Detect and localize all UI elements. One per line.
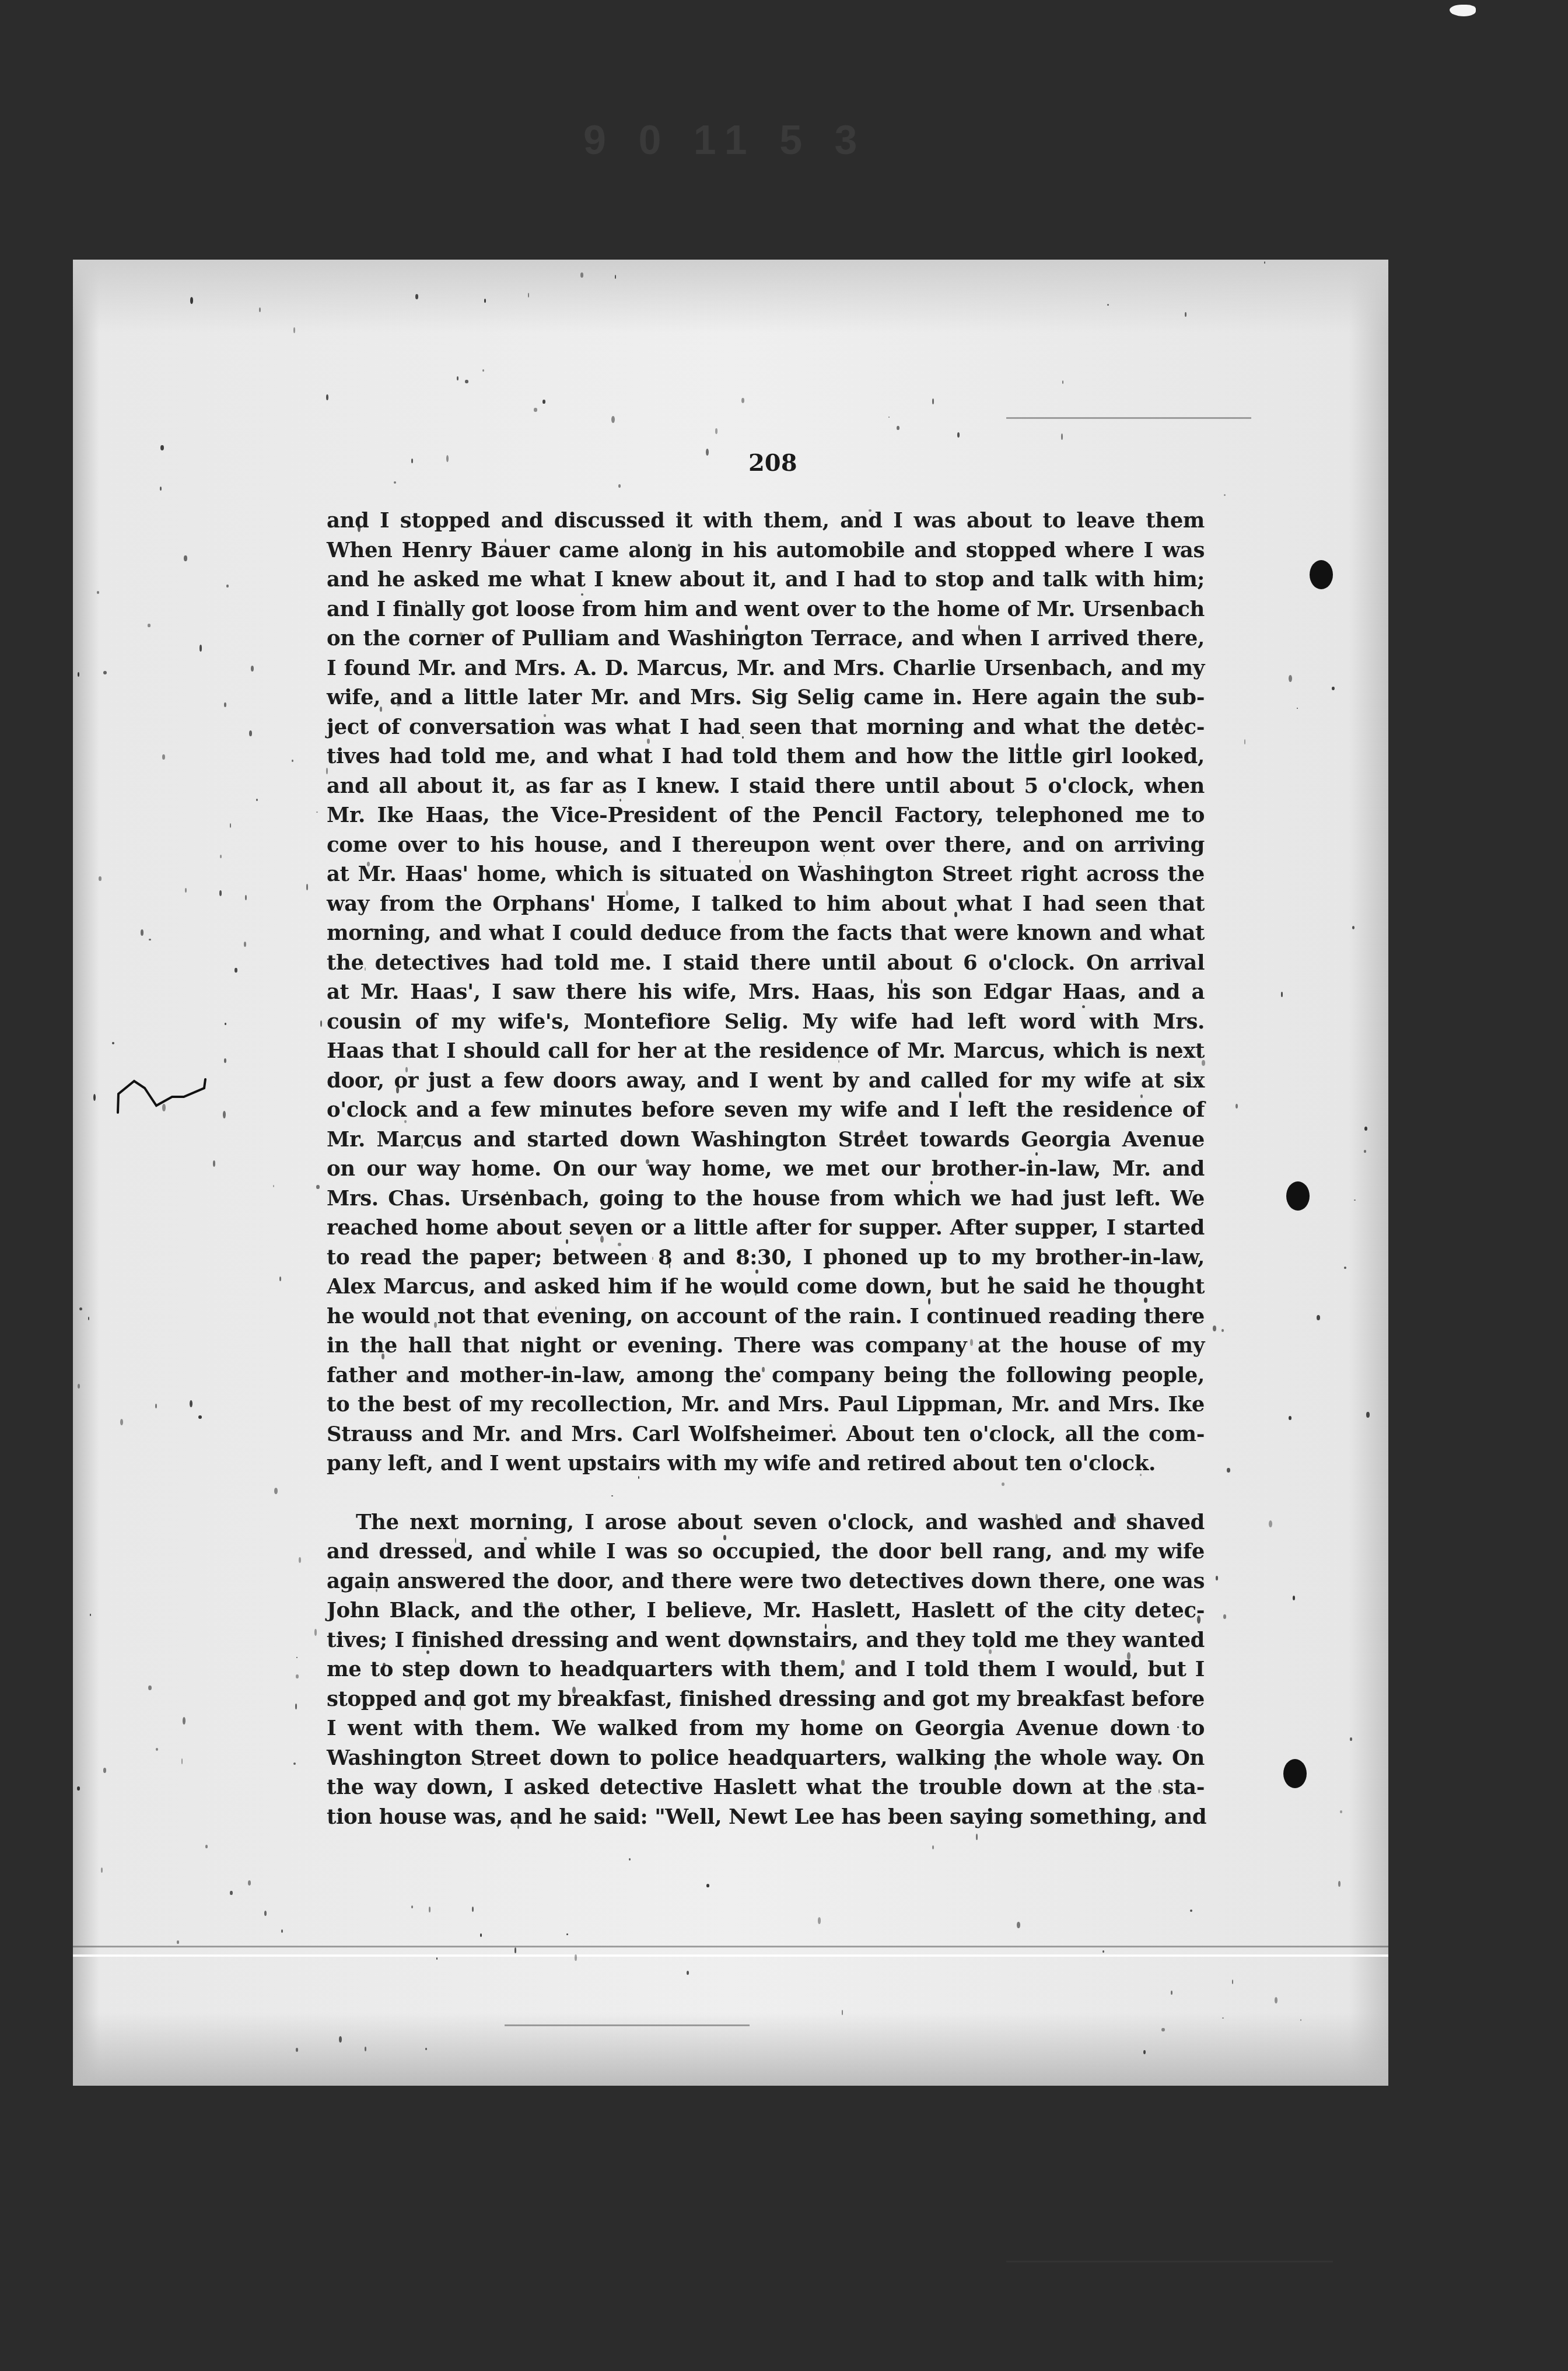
- scan-speck: [184, 555, 187, 561]
- scan-speck: [251, 666, 254, 672]
- scan-speck: [1317, 1315, 1320, 1320]
- scan-speck: [411, 1905, 413, 1908]
- text-line: I found Mr. and Mrs. A. D. Marcus, Mr. a…: [327, 654, 1205, 684]
- scan-speck: [575, 1954, 576, 1961]
- scan-speck: [706, 449, 709, 456]
- film-reel-mark: 9 0 11 5 3: [583, 117, 868, 163]
- text-line: reached home about seven or a little aft…: [327, 1214, 1205, 1243]
- scan-speck: [101, 1868, 103, 1873]
- scan-speck: [888, 417, 890, 418]
- scan-speck: [213, 1160, 215, 1167]
- scan-speck: [618, 484, 621, 488]
- scan-speck: [1062, 380, 1063, 384]
- text-line: stopped and got my breakfast, finished d…: [327, 1685, 1205, 1715]
- scan-speck: [436, 1957, 438, 1960]
- text-line: at Mr. Haas' home, which is situated on …: [327, 860, 1205, 890]
- scan-speck: [480, 1933, 482, 1937]
- text-line: to read the paper; between 8 and 8:30, I…: [327, 1243, 1205, 1273]
- scan-speck: [1213, 1326, 1216, 1331]
- scan-speck: [1190, 1910, 1192, 1912]
- text-line: Mr. Marcus and started down Washington S…: [327, 1125, 1205, 1155]
- text-line: and all about it, as far as I knew. I st…: [327, 772, 1205, 802]
- scan-speck: [394, 481, 397, 484]
- scan-speck: [78, 672, 79, 677]
- scan-speck: [615, 275, 616, 278]
- scan-speck: [514, 1947, 517, 1953]
- text-line: father and mother-in-law, among the comp…: [327, 1361, 1205, 1391]
- scan-speck: [259, 307, 261, 312]
- scan-streak: [73, 1946, 1388, 1947]
- scan-speck: [198, 1415, 202, 1419]
- scan-streak: [505, 2024, 750, 2026]
- text-line: again answered the door, and there were …: [327, 1567, 1205, 1597]
- scan-speck: [162, 754, 165, 760]
- scan-speck: [706, 1884, 710, 1888]
- scan-speck: [484, 299, 486, 303]
- text-line: at Mr. Haas', I saw there his wife, Mrs.…: [327, 978, 1205, 1008]
- scan-speck: [1216, 1576, 1219, 1580]
- scan-speck: [411, 459, 413, 463]
- scan-speck: [326, 394, 328, 400]
- text-line: Mrs. Chas. Ursenbach, going to the house…: [327, 1184, 1205, 1214]
- scan-speck: [1221, 1329, 1224, 1332]
- paragraph-gap: [327, 1479, 1205, 1508]
- text-line: on the corner of Pulliam and Washington …: [327, 624, 1205, 654]
- text-line: cousin of my wife's, Montefiore Selig. M…: [327, 1008, 1205, 1037]
- scan-speck: [296, 2048, 299, 2052]
- document-body: and I stopped and discussed it with them…: [327, 506, 1205, 1832]
- scan-speck: [149, 939, 150, 941]
- text-line: wife, and a little later Mr. and Mrs. Si…: [327, 683, 1205, 713]
- scan-speck: [93, 1094, 96, 1101]
- scan-speck: [296, 1657, 297, 1659]
- scan-speck: [264, 1911, 267, 1916]
- scan-speck: [566, 1933, 568, 1935]
- scan-speck: [1264, 261, 1265, 264]
- scan-speck: [1289, 1416, 1291, 1420]
- text-line: way from the Orphans' Home, I talked to …: [327, 890, 1205, 919]
- paragraph: and I stopped and discussed it with them…: [327, 506, 1205, 1479]
- scan-speck: [156, 1748, 158, 1751]
- text-line: on our way home. On our way home, we met…: [327, 1155, 1205, 1184]
- scan-speck: [976, 1834, 978, 1840]
- scan-speck: [1161, 2028, 1165, 2031]
- text-line: and I finally got loose from him and wen…: [327, 595, 1205, 625]
- scan-speck: [1289, 675, 1292, 682]
- scan-speck: [249, 730, 252, 736]
- scan-speck: [177, 1940, 178, 1944]
- scan-speck: [1364, 1127, 1367, 1131]
- text-line: Mr. Ike Haas, the Vice-President of the …: [327, 801, 1205, 831]
- scan-speck: [103, 1768, 106, 1773]
- scan-speck: [190, 297, 193, 304]
- scan-speck: [99, 876, 101, 881]
- scan-speck: [1293, 1596, 1295, 1601]
- scan-speck: [465, 380, 468, 383]
- text-line: door, or just a few doors away, and I we…: [327, 1066, 1205, 1096]
- scan-speck: [293, 327, 295, 333]
- scan-speck: [295, 1704, 297, 1709]
- handwritten-margin-mark: [117, 1076, 210, 1117]
- text-line: o'clock and a few minutes before seven m…: [327, 1096, 1205, 1125]
- text-line: tion house was, and he said: "Well, Newt…: [327, 1803, 1205, 1833]
- scan-speck: [339, 2036, 342, 2043]
- scan-speck: [296, 1674, 299, 1678]
- scan-speck: [299, 1557, 302, 1564]
- scan-speck: [1171, 1991, 1172, 1995]
- punch-hole: [1286, 1181, 1310, 1211]
- scan-speck: [611, 416, 615, 423]
- scan-speck: [542, 400, 545, 404]
- text-line: the way down, I asked detective Haslett …: [327, 1773, 1205, 1803]
- scan-speck: [256, 799, 258, 801]
- scan-speck: [120, 1419, 123, 1425]
- scan-speck: [446, 455, 449, 462]
- scan-speck: [160, 445, 164, 450]
- scan-speck: [1232, 1980, 1234, 1984]
- scan-speck: [715, 428, 717, 434]
- scan-speck: [244, 942, 246, 947]
- scan-speck: [148, 1685, 152, 1690]
- scan-speck: [155, 1404, 157, 1408]
- scan-speck: [1344, 1267, 1346, 1269]
- text-line: morning, and what I could deduce from th…: [327, 919, 1205, 949]
- scan-speck: [281, 1929, 283, 1933]
- paragraph: The next morning, I arose about seven o'…: [327, 1508, 1205, 1833]
- text-line: the detectives had told me. I staid ther…: [327, 949, 1205, 978]
- scan-speck: [1107, 304, 1108, 306]
- text-line: tives; I finished dressing and went down…: [327, 1626, 1205, 1656]
- scan-speck: [1223, 1614, 1226, 1619]
- scan-speck: [1364, 1150, 1366, 1153]
- scan-speck: [425, 2048, 427, 2050]
- text-line: John Black, and the other, I believe, Mr…: [327, 1596, 1205, 1626]
- scan-speck: [112, 1042, 114, 1044]
- scan-speck: [1281, 992, 1282, 997]
- scan-speck: [1185, 312, 1186, 317]
- scan-speck: [1300, 2019, 1302, 2021]
- scan-speck: [292, 760, 293, 762]
- scan-speck: [1340, 1810, 1343, 1814]
- scan-speck: [842, 2010, 843, 2015]
- scan-speck: [148, 624, 150, 627]
- scan-speck: [482, 369, 484, 372]
- scan-speck: [230, 823, 232, 828]
- text-line: and I stopped and discussed it with them…: [327, 506, 1205, 536]
- scan-speck: [141, 929, 144, 936]
- scan-speck: [78, 1384, 80, 1389]
- scan-speck: [273, 1185, 274, 1187]
- text-line: he would not that evening, on account of…: [327, 1302, 1205, 1332]
- scan-speck: [534, 408, 537, 411]
- scan-speck: [190, 1400, 192, 1407]
- scan-speck: [1275, 1997, 1277, 2003]
- text-line: to the best of my recollection, Mr. and …: [327, 1390, 1205, 1420]
- scan-speck: [687, 1971, 689, 1975]
- scan-speck: [1352, 926, 1355, 929]
- text-line: Alex Marcus, and asked him if he would c…: [327, 1272, 1205, 1302]
- scan-speck: [219, 890, 222, 896]
- scan-speck: [185, 888, 187, 893]
- scan-speck: [429, 1907, 431, 1912]
- scan-speck: [1017, 1922, 1020, 1928]
- text-line: in the hall that night or evening. There…: [327, 1331, 1205, 1361]
- text-line: pany left, and I went upstairs with my w…: [327, 1449, 1205, 1479]
- scan-speck: [1244, 739, 1246, 744]
- scan-speck: [1224, 494, 1226, 496]
- scan-speck: [1269, 1520, 1272, 1527]
- page-number: 208: [748, 449, 797, 477]
- scan-speck: [103, 671, 107, 674]
- scan-speck: [77, 1786, 80, 1791]
- scan-speck: [1235, 1104, 1238, 1109]
- scan-speck: [1332, 687, 1335, 690]
- text-line: tives had told me, and what I had told t…: [327, 742, 1205, 772]
- scan-speck: [181, 1758, 183, 1764]
- scan-streak: [1006, 2261, 1333, 2262]
- scan-speck: [245, 895, 247, 900]
- scan-speck: [79, 1307, 82, 1310]
- text-line: ject of conversation was what I had seen…: [327, 713, 1205, 743]
- scan-speck: [199, 645, 202, 652]
- scan-speck: [274, 1488, 278, 1494]
- text-line: me to step down to headquarters with the…: [327, 1655, 1205, 1685]
- scan-speck: [1338, 1881, 1340, 1887]
- scan-speck: [224, 702, 226, 707]
- scan-speck: [205, 1845, 208, 1848]
- text-line: Strauss and Mr. and Mrs. Carl Wolfsheime…: [327, 1420, 1205, 1450]
- scan-speck: [235, 968, 237, 973]
- scan-speck: [306, 884, 309, 890]
- film-speck: [1450, 5, 1476, 16]
- scan-speck: [97, 591, 100, 594]
- scan-speck: [472, 1907, 474, 1912]
- scan-speck: [248, 1880, 251, 1886]
- scan-speck: [1061, 433, 1063, 440]
- punch-hole: [1310, 560, 1333, 589]
- scan-speck: [90, 1614, 91, 1615]
- text-line: Washington Street down to police headqua…: [327, 1744, 1205, 1774]
- scan-speck: [629, 1858, 631, 1861]
- scan-speck: [1350, 1737, 1352, 1741]
- scan-speck: [457, 376, 459, 380]
- scan-speck: [365, 2047, 366, 2051]
- scan-speck: [1222, 2017, 1223, 2019]
- scan-speck: [1366, 1412, 1370, 1418]
- text-line: come over to his house, and I thereupon …: [327, 831, 1205, 861]
- scan-speck: [88, 1317, 89, 1320]
- text-line: When Henry Bauer came along in his autom…: [327, 536, 1205, 566]
- scan-speck: [1297, 708, 1298, 709]
- scan-speck: [932, 1845, 934, 1849]
- scan-speck: [320, 1020, 323, 1027]
- scan-speck: [932, 398, 934, 404]
- scan-speck: [230, 1891, 232, 1895]
- text-line: and he asked me what I knew about it, an…: [327, 565, 1205, 595]
- scan-speck: [741, 398, 744, 403]
- scan-speck: [293, 1762, 296, 1765]
- scan-speck: [314, 1629, 317, 1636]
- scan-speck: [225, 1023, 226, 1025]
- text-line: I went with them. We walked from my home…: [327, 1714, 1205, 1744]
- scan-speck: [223, 1111, 226, 1118]
- scan-speck: [160, 487, 162, 491]
- scan-speck: [528, 293, 530, 298]
- scan-speck: [580, 272, 583, 278]
- text-line: and dressed, and while I was so occupied…: [327, 1537, 1205, 1567]
- scan-speck: [1354, 1200, 1355, 1201]
- scan-streak: [1006, 417, 1251, 419]
- scan-speck: [1143, 2050, 1146, 2054]
- scan-speck: [897, 426, 899, 430]
- punch-hole: [1283, 1759, 1307, 1788]
- scan-speck: [316, 1185, 320, 1189]
- scan-speck: [224, 1058, 226, 1063]
- scan-speck: [220, 855, 222, 858]
- scan-speck: [1102, 1950, 1104, 1953]
- scan-speck: [818, 1917, 821, 1924]
- scan-speck: [316, 812, 317, 813]
- text-line: Haas that I should call for her at the r…: [327, 1037, 1205, 1066]
- scan-speck: [183, 1717, 185, 1724]
- scan-speck: [415, 294, 418, 299]
- scan-speck: [1227, 1468, 1230, 1473]
- scan-speck: [957, 432, 960, 437]
- scan-streak: [73, 1954, 1388, 1957]
- scan-speck: [226, 585, 228, 587]
- text-line: The next morning, I arose about seven o'…: [327, 1508, 1205, 1538]
- scan-speck: [279, 1277, 281, 1281]
